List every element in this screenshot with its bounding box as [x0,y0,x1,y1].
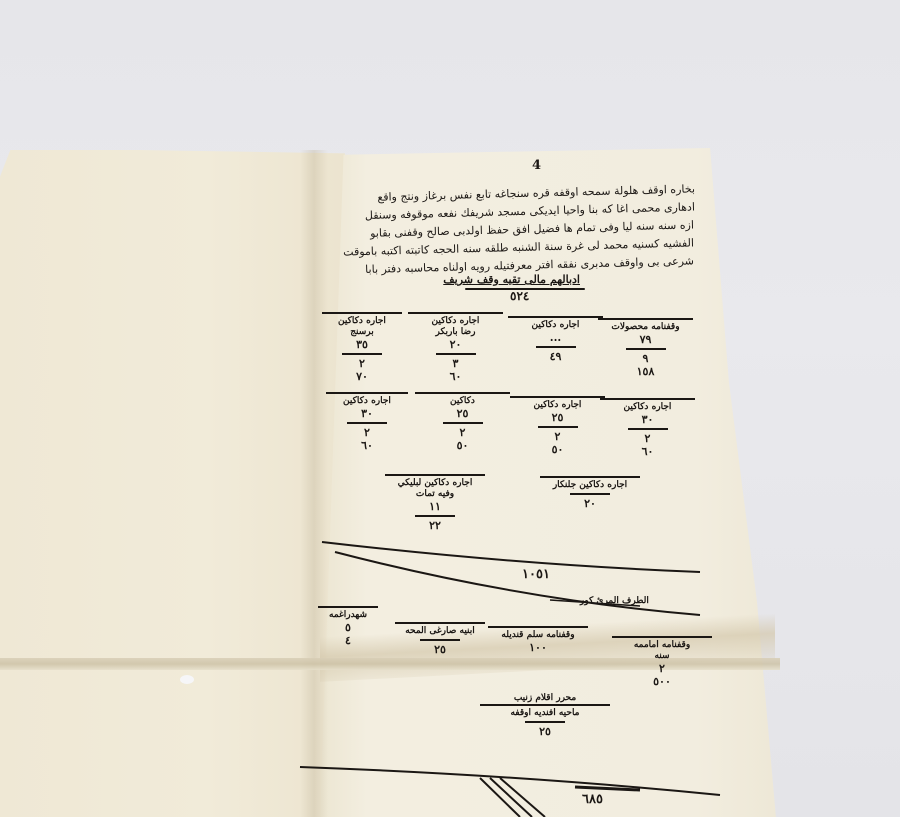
entry-rate: ٤ [318,634,378,647]
entry-total: ٢٥ [395,643,485,656]
entry-total: ٥٠٠ [612,675,712,688]
entry-label: محرر اقلام زنيب [480,693,610,704]
entry-sub: ماحيه افنديه اوقفه [480,704,610,719]
expense-entry: شهدراغمه ٥ ٤ [318,606,378,647]
expense-entry: ابنيه صارغى المحه ٢٥ [395,622,485,656]
entry-label: وقفنامه اماممه [612,636,712,651]
entry-rule [420,639,460,641]
photo-scene: 4 بخاره اوقف هلولة سمحه اوقفه قره سنجاغه… [0,0,900,817]
entry-label: وقفنامه سلم قنديله [488,626,588,641]
entry-rate: ٢ [612,662,712,675]
entry-total: ١٠٠ [488,641,588,654]
entry-sub: سنه [612,651,712,662]
ledger-lines [0,0,900,817]
income-total: ١٠٥١ [522,567,550,582]
entry-rule [525,721,565,723]
entry-label: شهدراغمه [318,606,378,621]
expense-entry-special: محرر اقلام زنيب ماحيه افنديه اوقفه ٢٥ [480,693,610,738]
entry-total: ٢٥ [480,725,610,738]
expense-entry: وقفنامه اماممه سنه ٢ ٥٠٠ [612,636,712,688]
entry-label: ابنيه صارغى المحه [395,622,485,637]
entry-amount: ٥ [318,621,378,634]
expense-entry: وقفنامه سلم قنديله ١٠٠ [488,626,588,654]
expenses-heading: الطرف المرئ كور [580,596,649,606]
grand-total: ٦٨٥ [582,792,603,807]
